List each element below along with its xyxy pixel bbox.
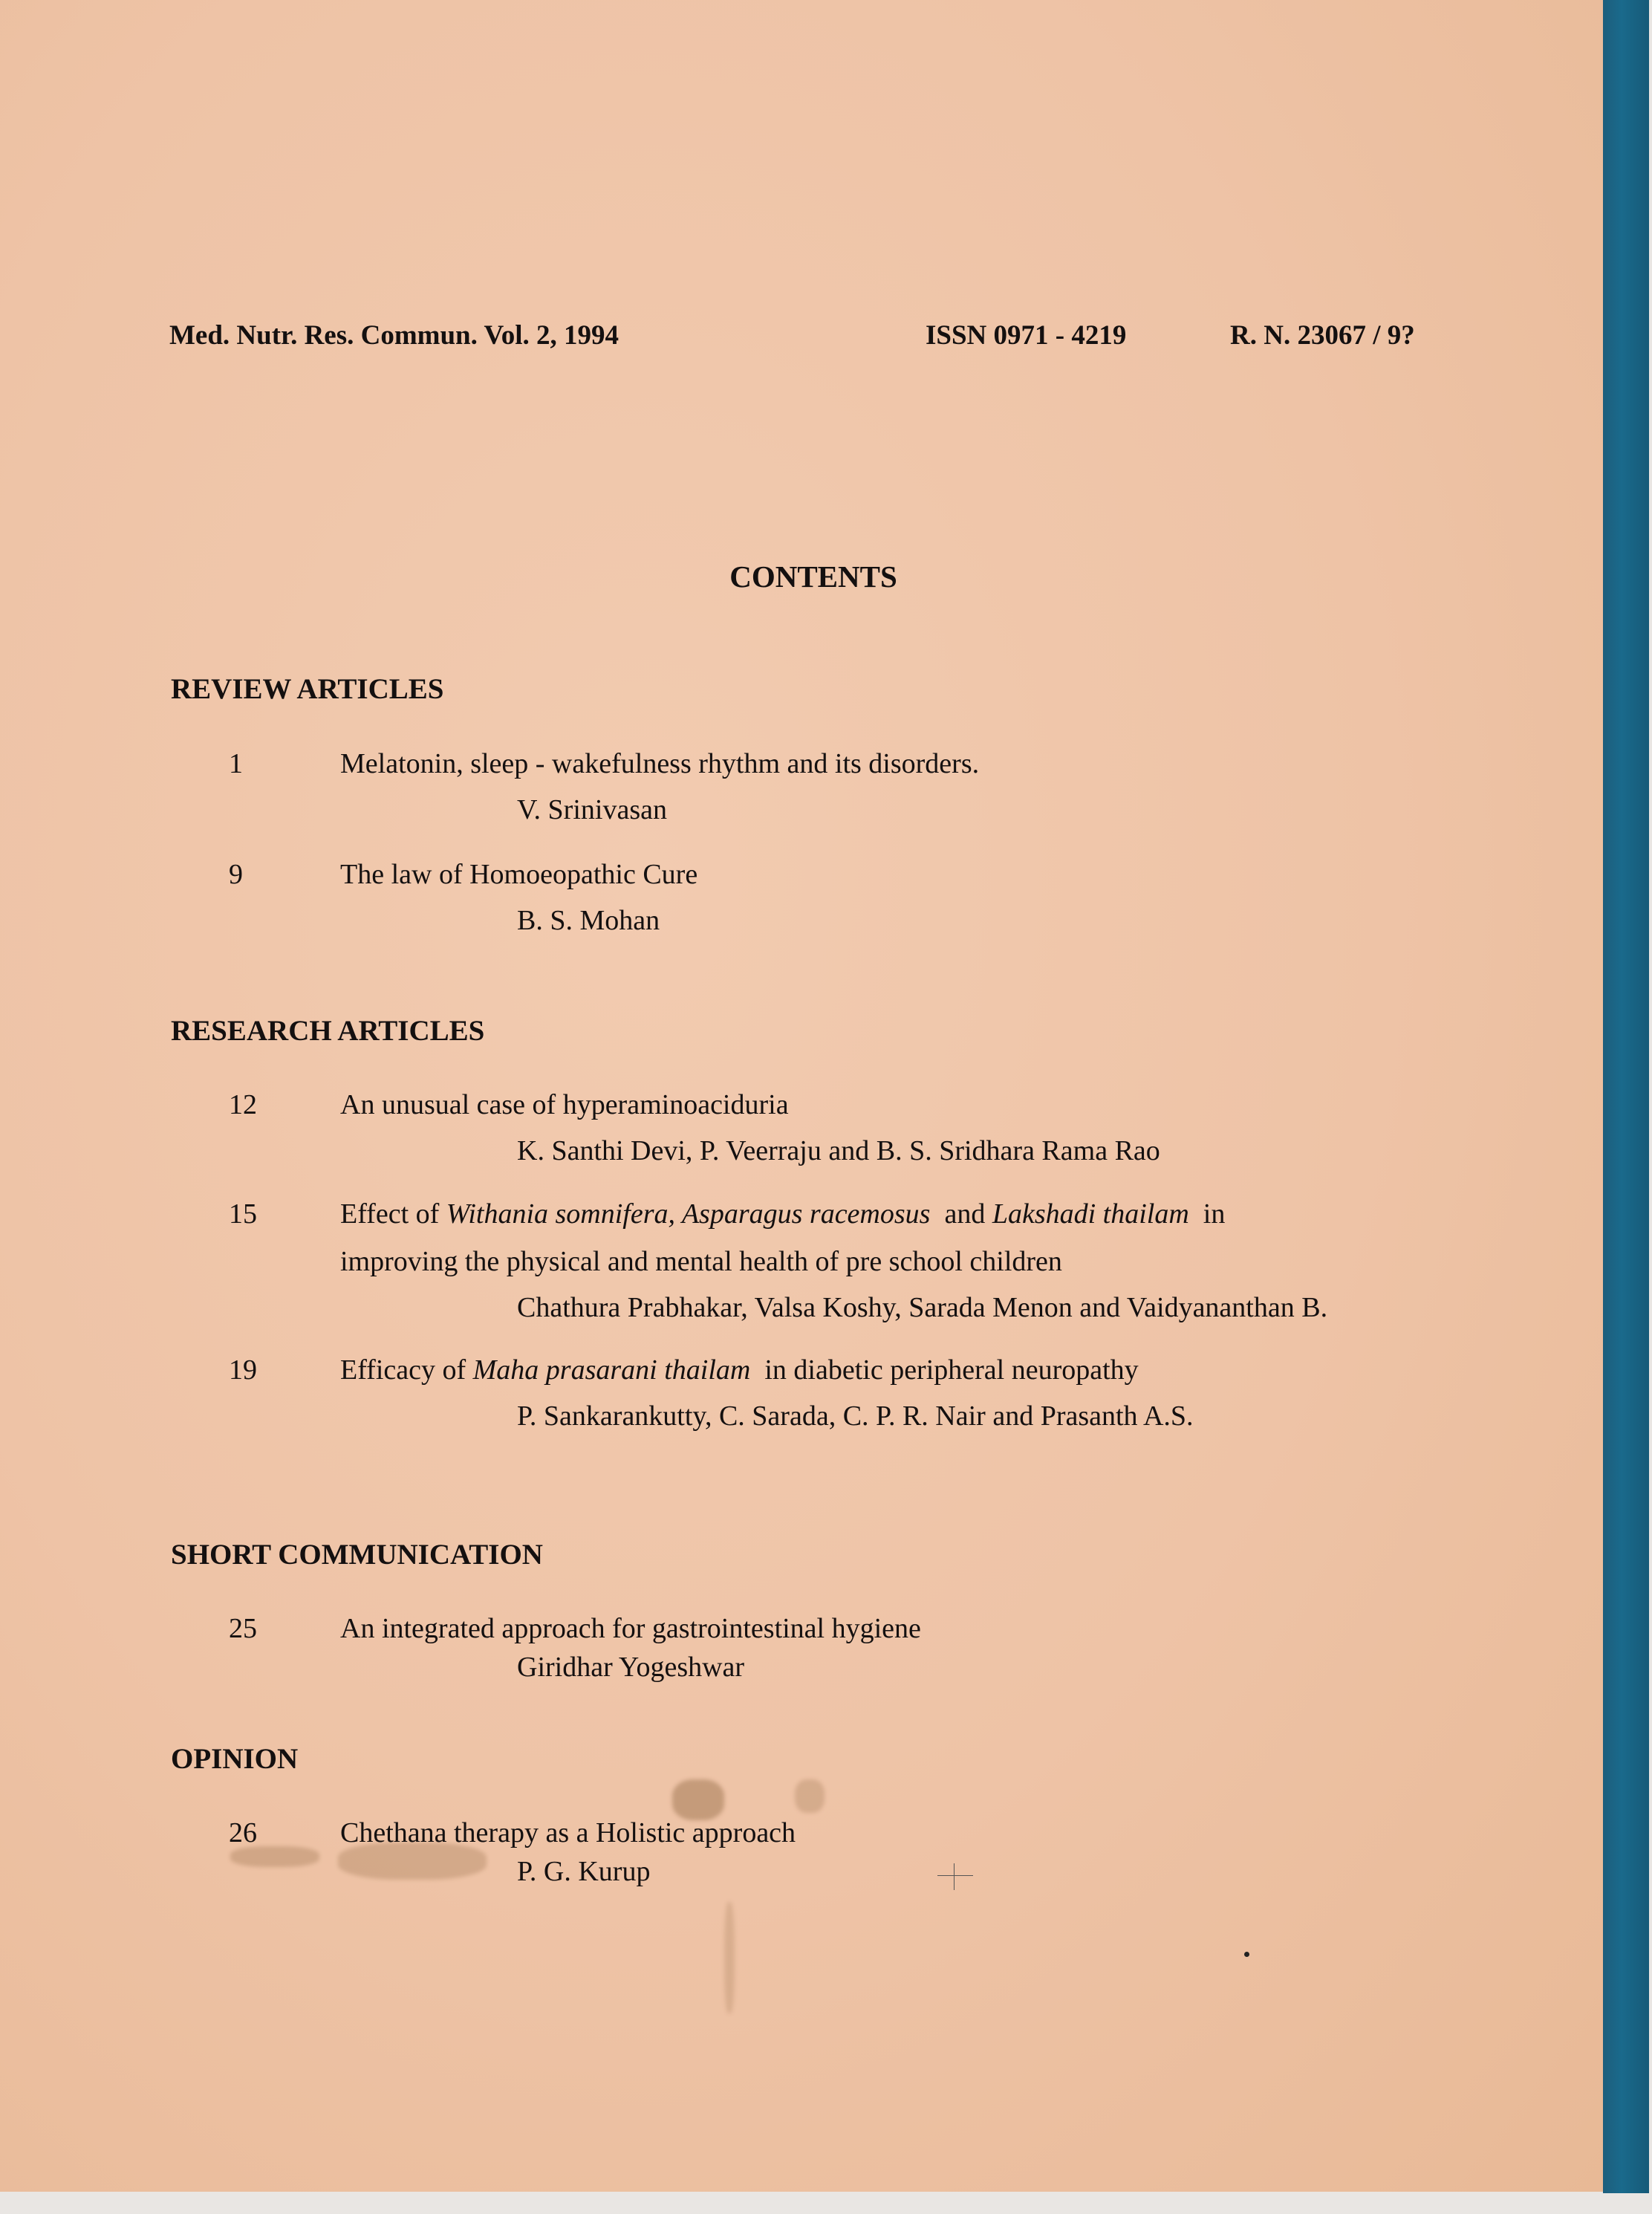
article-authors: P. G. Kurup [517, 1855, 650, 1888]
page-number: 1 [229, 747, 288, 780]
article-title: An unusual case of hyperaminoaciduria [340, 1088, 789, 1121]
article-authors: Chathura Prabhakar, Valsa Koshy, Sarada … [517, 1291, 1327, 1324]
registration-number: R. N. 23067 / 9? [1230, 319, 1453, 351]
article-authors: V. Srinivasan [517, 793, 667, 826]
page-number: 12 [229, 1088, 288, 1121]
issn: ISSN 0971 - 4219 [926, 319, 1126, 351]
article-title: Effect of Withania somnifera, Asparagus … [340, 1198, 1225, 1230]
journal-header: Med. Nutr. Res. Commun. Vol. 2, 1994 ISS… [169, 319, 1499, 357]
article-title: Chethana therapy as a Holistic approach [340, 1817, 796, 1849]
page-number: 19 [229, 1354, 288, 1386]
stain [795, 1779, 825, 1813]
stain [230, 1846, 319, 1867]
page-number: 25 [229, 1612, 288, 1645]
journal-citation: Med. Nutr. Res. Commun. Vol. 2, 1994 [169, 319, 619, 351]
section-heading-research: RESEARCH ARTICLES [171, 1014, 484, 1048]
page-number: 15 [229, 1198, 288, 1230]
article-title: The law of Homoeopathic Cure [340, 858, 697, 891]
article-authors: K. Santhi Devi, P. Veerraju and B. S. Sr… [517, 1134, 1160, 1167]
article-title: Melatonin, sleep - wakefulness rhythm an… [340, 747, 979, 780]
page-number: 9 [229, 858, 288, 891]
page-number: 26 [229, 1817, 288, 1849]
dot-mark [1244, 1952, 1249, 1957]
blue-spine [1603, 0, 1649, 2193]
section-heading-opinion: OPINION [171, 1742, 298, 1776]
article-title: Efficacy of Maha prasarani thailam in di… [340, 1354, 1139, 1386]
cross-mark [954, 1863, 955, 1890]
article-authors: B. S. Mohan [517, 904, 660, 937]
section-heading-review: REVIEW ARTICLES [171, 672, 443, 706]
article-authors: P. Sankarankutty, C. Sarada, C. P. R. Na… [517, 1400, 1194, 1432]
article-authors: Giridhar Yogeshwar [517, 1651, 744, 1684]
cross-mark [937, 1875, 973, 1876]
section-heading-short-communication: SHORT COMMUNICATION [171, 1538, 543, 1571]
page-title: CONTENTS [0, 559, 1604, 594]
article-title-continued: improving the physical and mental health… [340, 1245, 1062, 1278]
stain [672, 1779, 724, 1820]
stain [724, 1902, 735, 2013]
article-title: An integrated approach for gastrointesti… [340, 1612, 921, 1645]
